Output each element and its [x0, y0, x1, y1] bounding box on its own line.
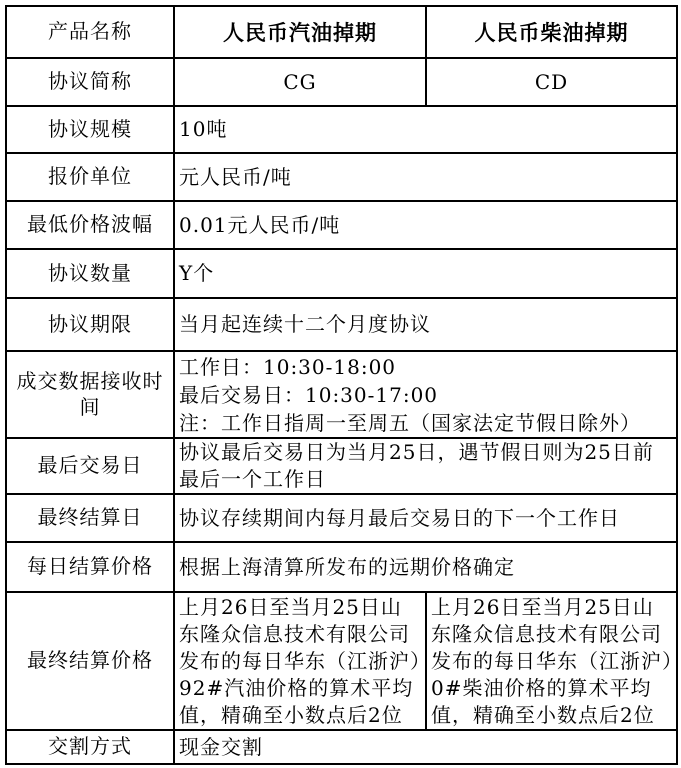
cell-contract-quantity: Y个	[174, 249, 677, 298]
table-row-quote-unit: 报价单位 元人民币/吨	[6, 153, 677, 201]
cell-contract-size: 10吨	[174, 106, 677, 153]
row-label: 交割方式	[6, 730, 174, 764]
cell-final-settlement-price-gasoline: 上月26日至当月25日山东隆众信息技术有限公司发布的每日华东（江浙沪）92#汽油…	[174, 592, 426, 730]
cell-gasoline-ticker: CG	[174, 58, 426, 106]
row-label: 报价单位	[6, 153, 174, 201]
row-label: 成交数据接收时间	[6, 351, 174, 438]
document-page: 产品名称 人民币汽油掉期 人民币柴油掉期 协议简称 CG CD 协议规模 10吨…	[0, 0, 681, 768]
row-label: 最后交易日	[6, 438, 174, 494]
table-row-ticker: 协议简称 CG CD	[6, 58, 677, 106]
table-row-contract-quantity: 协议数量 Y个	[6, 249, 677, 298]
cell-gasoline-product: 人民币汽油掉期	[174, 6, 426, 58]
row-label: 协议期限	[6, 298, 174, 351]
row-label: 每日结算价格	[6, 542, 174, 592]
table-row-contract-term: 协议期限 当月起连续十二个月度协议	[6, 298, 677, 351]
cell-contract-term: 当月起连续十二个月度协议	[174, 298, 677, 351]
cell-final-settlement-day: 协议存续期间内每月最后交易日的下一个工作日	[174, 494, 677, 542]
table-row-delivery-method: 交割方式 现金交割	[6, 730, 677, 764]
hours-line-note: 注：工作日指周一至周五（国家法定节假日除外）	[179, 409, 673, 437]
cell-diesel-ticker: CD	[426, 58, 677, 106]
hours-line-workday: 工作日：10:30-18:00	[179, 353, 673, 381]
table-row-trade-data-hours: 成交数据接收时间 工作日：10:30-18:00 最后交易日：10:30-17:…	[6, 351, 677, 438]
table-row-contract-size: 协议规模 10吨	[6, 106, 677, 153]
row-label: 最终结算价格	[6, 592, 174, 730]
cell-daily-settlement-price: 根据上海清算所发布的远期价格确定	[174, 542, 677, 592]
row-label: 产品名称	[6, 6, 174, 58]
cell-min-tick: 0.01元人民币/吨	[174, 201, 677, 249]
table-row-min-tick: 最低价格波幅 0.01元人民币/吨	[6, 201, 677, 249]
row-label: 最终结算日	[6, 494, 174, 542]
row-label: 协议简称	[6, 58, 174, 106]
row-label: 协议数量	[6, 249, 174, 298]
cell-diesel-product: 人民币柴油掉期	[426, 6, 677, 58]
table-row-product-name: 产品名称 人民币汽油掉期 人民币柴油掉期	[6, 6, 677, 58]
table-row-last-trading-day: 最后交易日 协议最后交易日为当月25日，遇节假日则为25日前最后一个工作日	[6, 438, 677, 494]
cell-trade-data-hours: 工作日：10:30-18:00 最后交易日：10:30-17:00 注：工作日指…	[174, 351, 677, 438]
table-row-final-settlement-day: 最终结算日 协议存续期间内每月最后交易日的下一个工作日	[6, 494, 677, 542]
cell-final-settlement-price-diesel: 上月26日至当月25日山东隆众信息技术有限公司发布的每日华东（江浙沪）0#柴油价…	[426, 592, 677, 730]
row-label: 协议规模	[6, 106, 174, 153]
cell-delivery-method: 现金交割	[174, 730, 677, 764]
cell-last-trading-day: 协议最后交易日为当月25日，遇节假日则为25日前最后一个工作日	[174, 438, 677, 494]
table-row-final-settlement-price: 最终结算价格 上月26日至当月25日山东隆众信息技术有限公司发布的每日华东（江浙…	[6, 592, 677, 730]
hours-line-last-trading-day: 最后交易日：10:30-17:00	[179, 381, 673, 409]
table-row-daily-settlement-price: 每日结算价格 根据上海清算所发布的远期价格确定	[6, 542, 677, 592]
row-label: 最低价格波幅	[6, 201, 174, 249]
product-spec-table: 产品名称 人民币汽油掉期 人民币柴油掉期 协议简称 CG CD 协议规模 10吨…	[5, 5, 678, 765]
cell-quote-unit: 元人民币/吨	[174, 153, 677, 201]
